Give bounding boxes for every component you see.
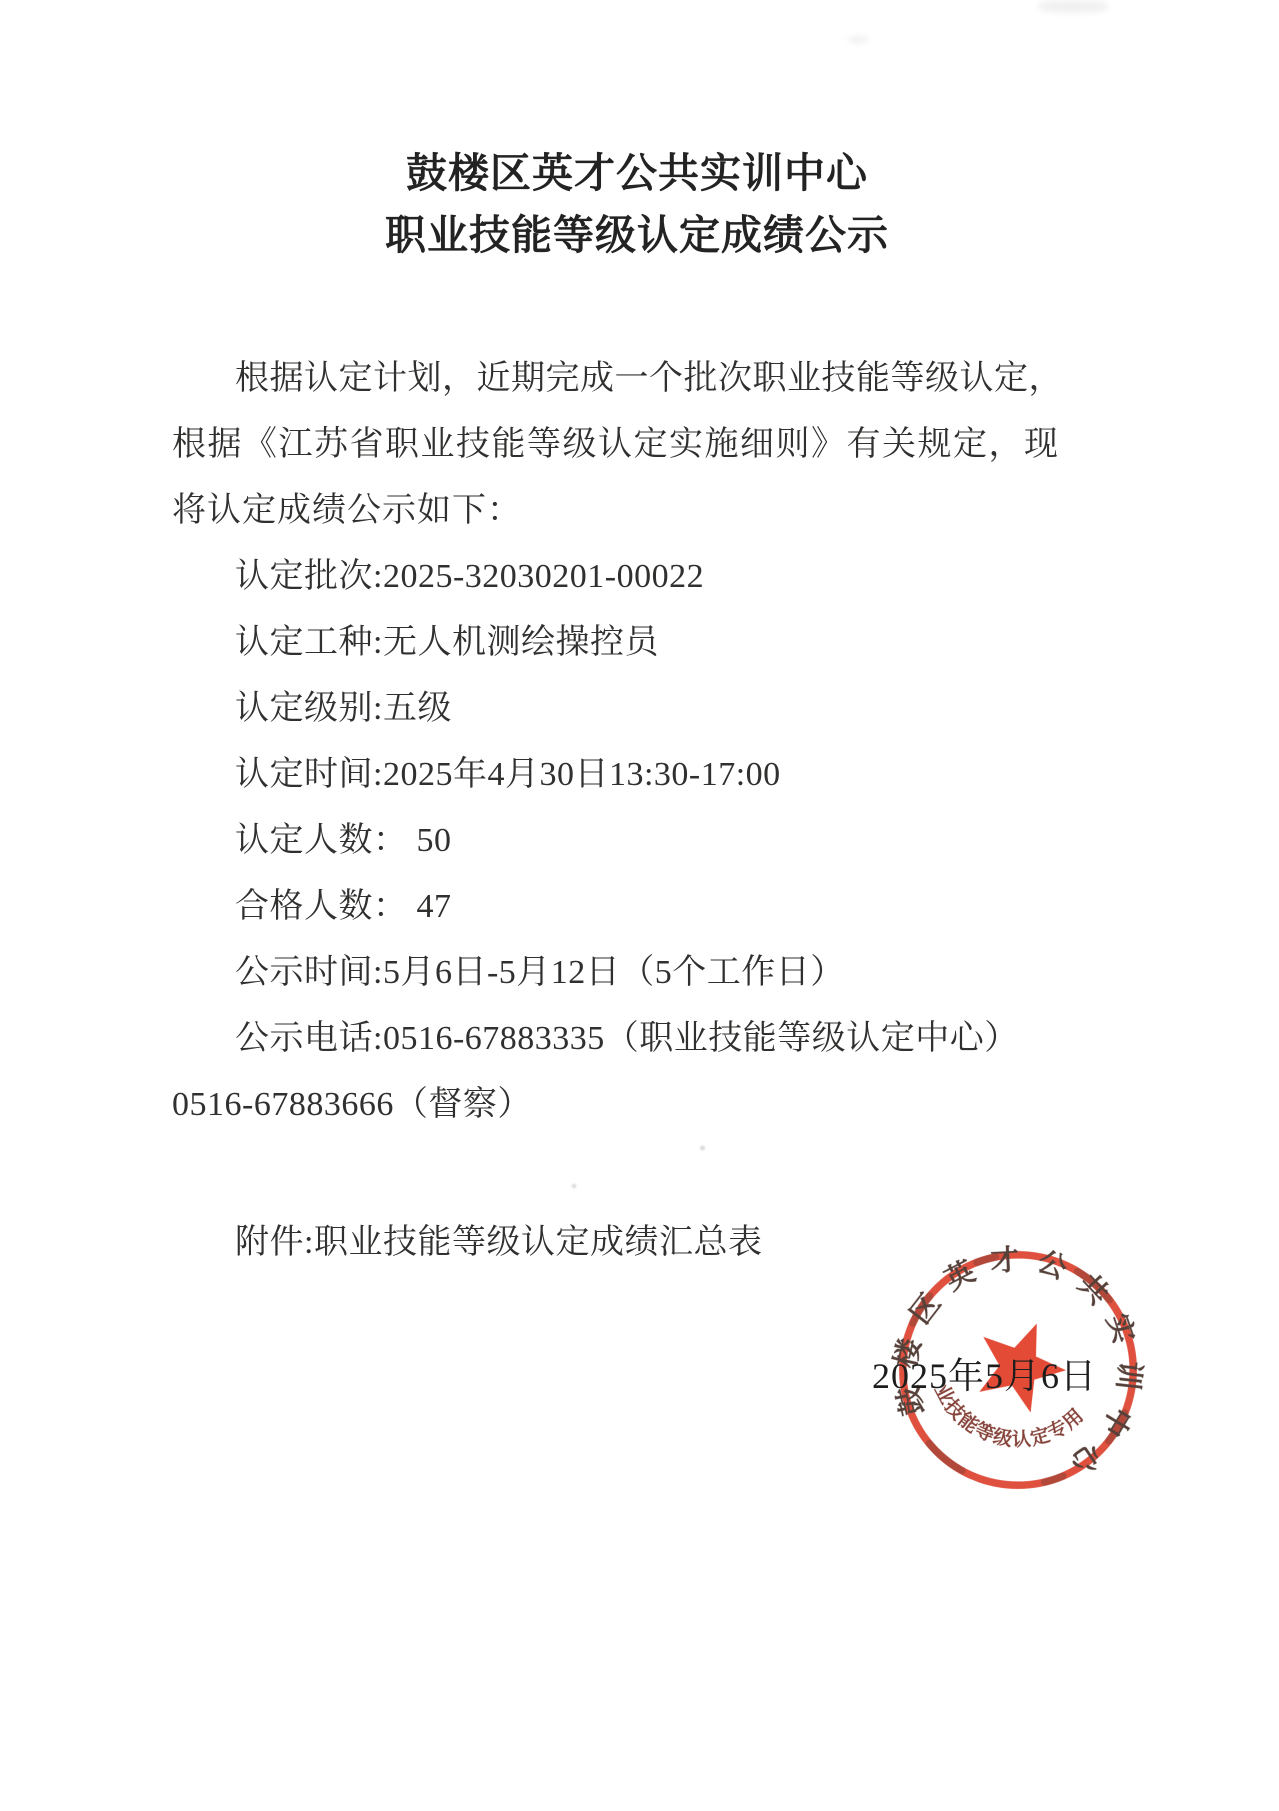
detail-batch: 认定批次:2025-32030201-00022 [235,548,704,597]
detail-occupation: 认定工种:无人机测绘操控员 [235,614,659,663]
scan-smudge [848,36,868,43]
document-title-line2: 职业技能等级认定成绩公示 [172,202,1102,261]
scan-speck [572,1184,576,1188]
document-title-line1: 鼓楼区英才公共实训中心 [172,140,1102,199]
attachment-line: 附件:职业技能等级认定成绩汇总表 [235,1214,762,1263]
scan-speck [700,1146,705,1150]
detail-candidates: 认定人数： 50 [235,812,452,861]
document-date: 2025年5月6日 [872,1348,1097,1399]
paragraph-line2: 根据《江苏省职业技能等级认定实施细则》有关规定，现 [172,416,1060,465]
detail-time: 认定时间:2025年4月30日13:30-17:00 [235,746,781,795]
detail-phone-wrap: 0516-67883666（督察） [172,1076,532,1125]
document-page: 鼓楼区英才公共实训中心 职业技能等级认定成绩公示 根据认定计划，近期完成一个批次… [0,0,1279,1811]
detail-publicity-phone: 公示电话:0516-67883335（职业技能等级认定中心） [235,1010,1019,1059]
detail-passed: 合格人数： 47 [235,878,452,927]
scan-smudge [1038,0,1108,13]
detail-publicity-period: 公示时间:5月6日-5月12日（5个工作日） [235,944,845,993]
paragraph-line3: 将认定成绩公示如下： [172,482,522,531]
detail-level: 认定级别:五级 [235,680,452,729]
paragraph-line1: 根据认定计划，近期完成一个批次职业技能等级认定， [235,350,1063,399]
